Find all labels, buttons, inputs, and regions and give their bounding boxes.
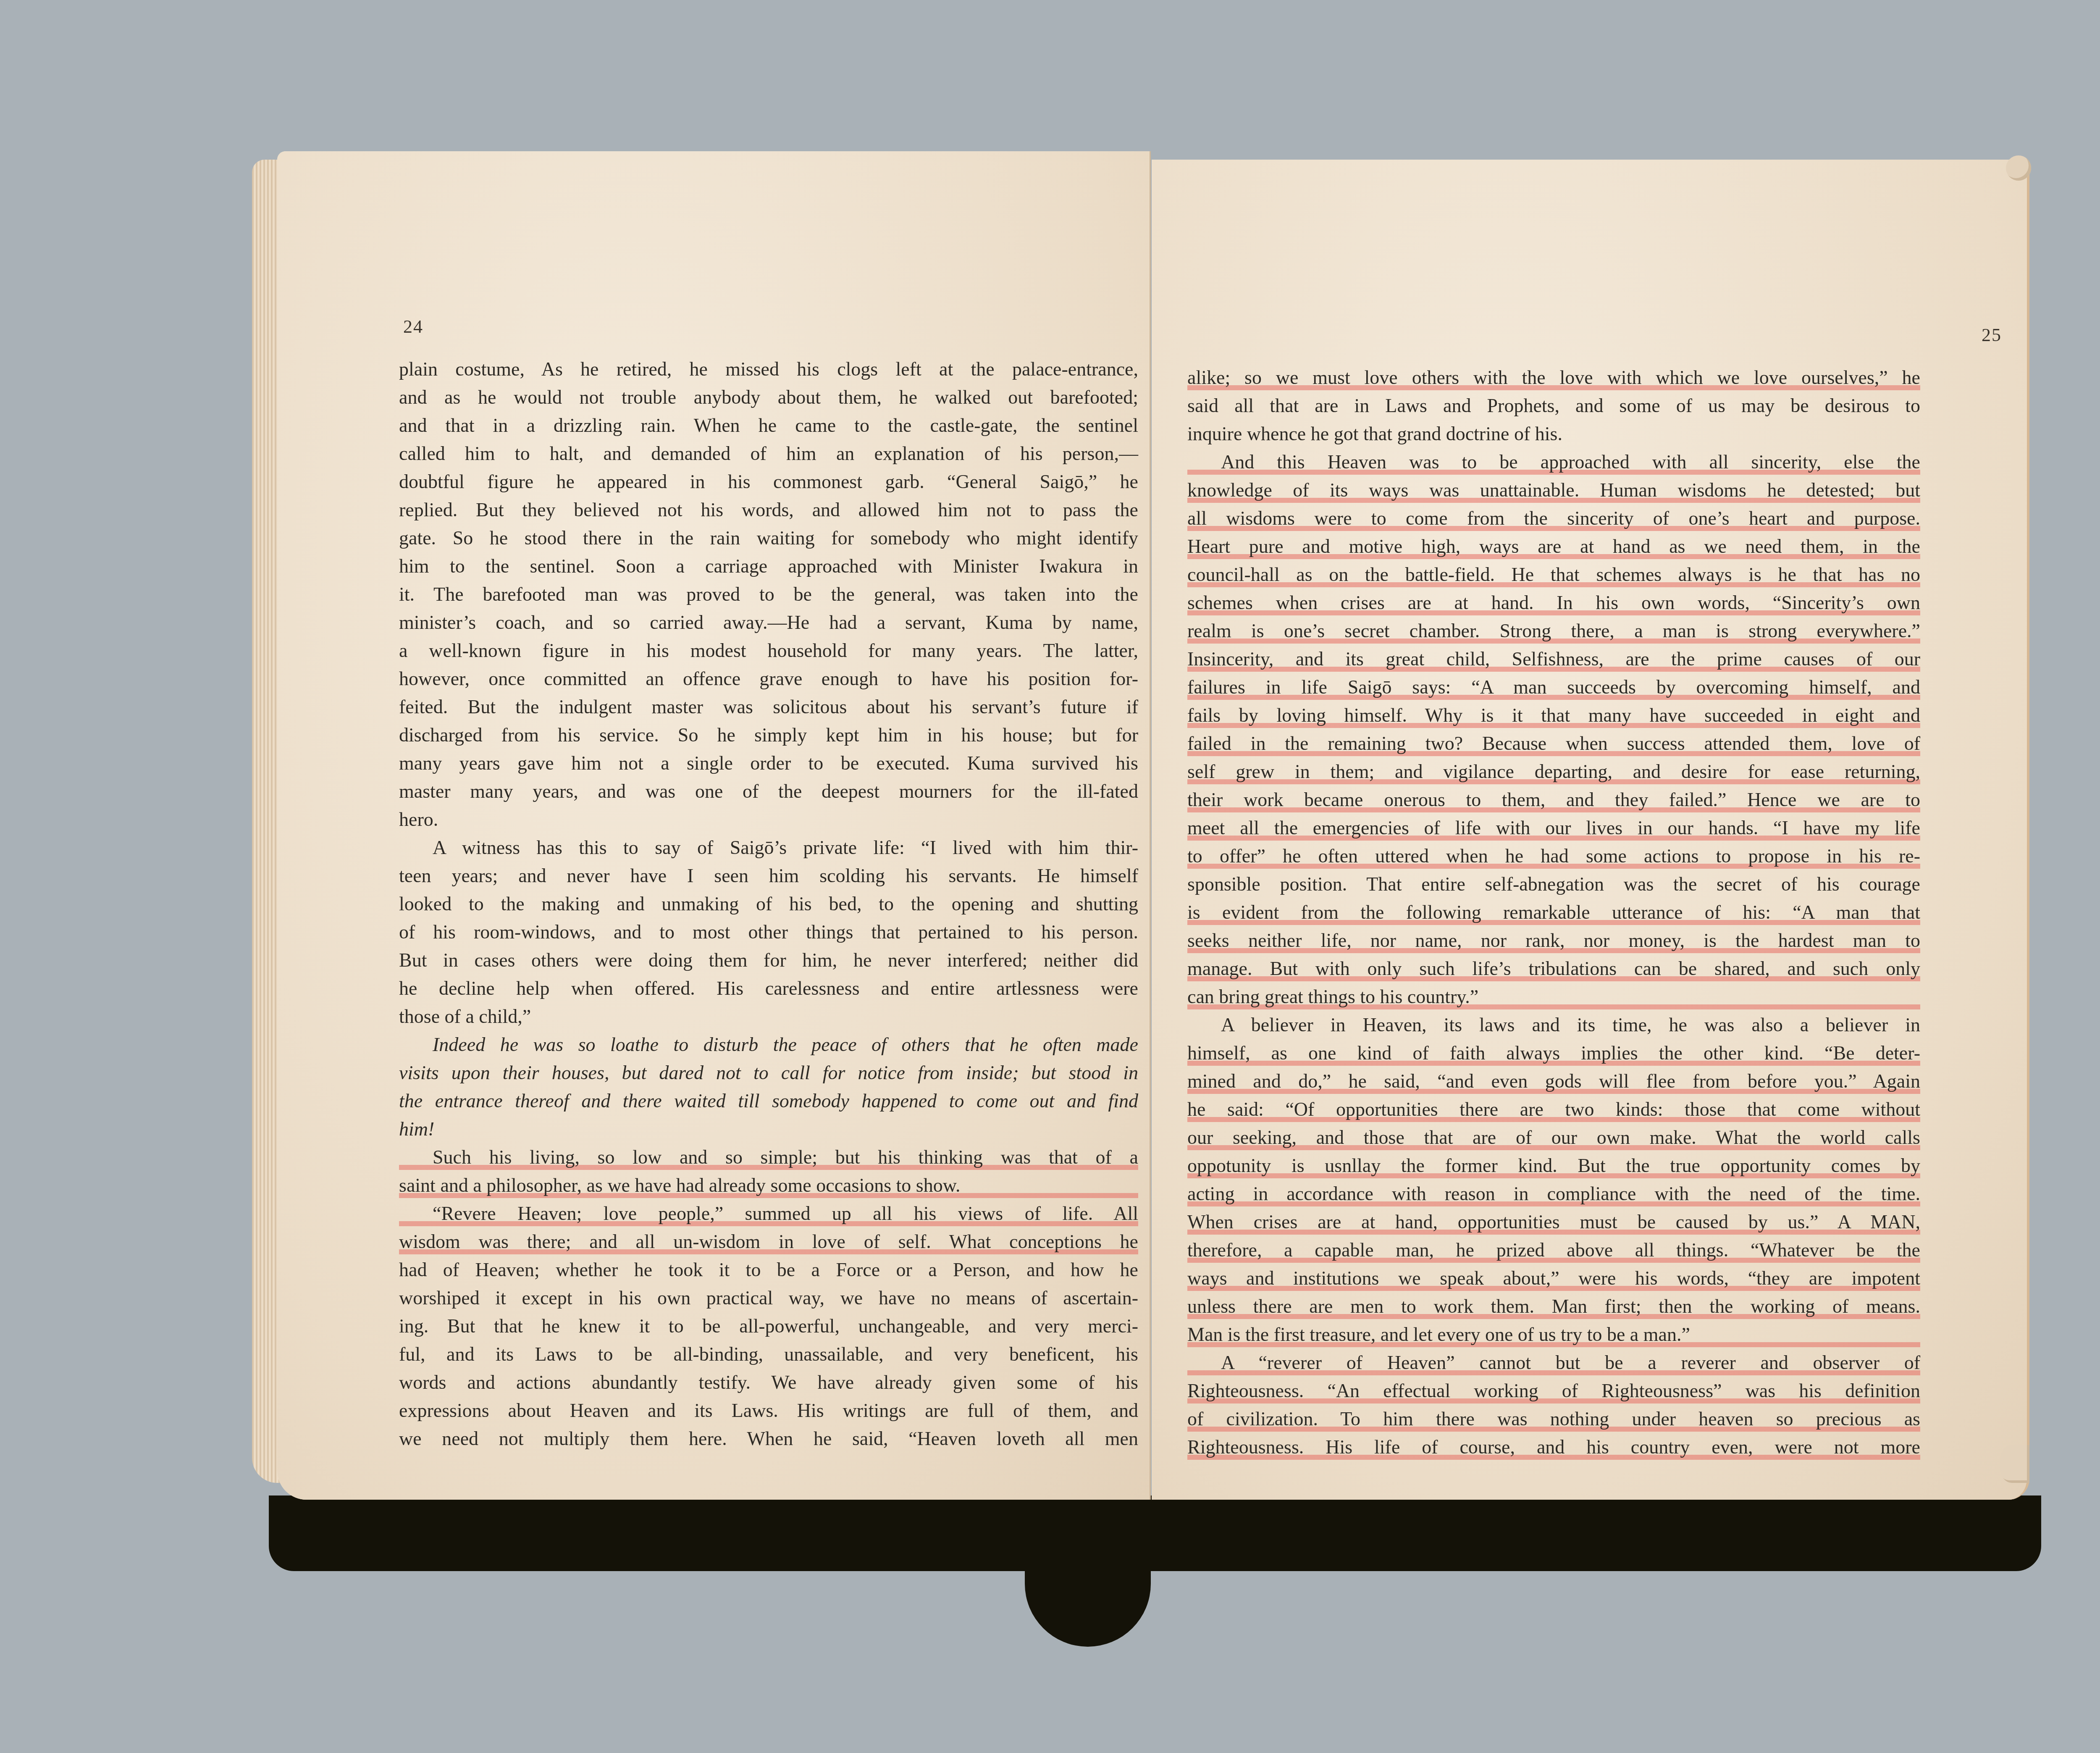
underlined-paragraph-start: A “reverer of Heaven” cannot but be a re… bbox=[1187, 1348, 1920, 1377]
dog-ear-top-right bbox=[2006, 155, 2031, 181]
underlined-line: Heart pure and motive high, ways are at … bbox=[1187, 532, 1920, 560]
italic-line: visits upon their houses, but dared not … bbox=[399, 1059, 1138, 1087]
underlined-line: failures in life Saigō says: “A man succ… bbox=[1187, 673, 1920, 701]
underlined-line: When crises are at hand, opportunities m… bbox=[1187, 1208, 1920, 1236]
text-line: said all that are in Laws and Prophets, … bbox=[1187, 392, 1920, 420]
underlined-line: acting in accordance with reason in comp… bbox=[1187, 1180, 1920, 1208]
text-line: him to the sentinel. Soon a carriage app… bbox=[399, 552, 1138, 580]
underlined-paragraph-start: And this Heaven was to be approached wit… bbox=[1187, 448, 1920, 476]
underlined-line: is evident from the following remarkable… bbox=[1187, 898, 1920, 926]
text-line: words and actions abundantly testify. We… bbox=[399, 1368, 1138, 1396]
italic-line: the entrance thereof and there waited ti… bbox=[399, 1087, 1138, 1115]
book-shadow bbox=[269, 1495, 2041, 1571]
underlined-line: all wisdoms were to come from the sincer… bbox=[1187, 504, 1920, 532]
text-line: it. The barefooted man was proved to be … bbox=[399, 580, 1138, 608]
text-line: teen years; and never have I seen him sc… bbox=[399, 862, 1138, 890]
underlined-line: our seeking, and those that are of our o… bbox=[1187, 1123, 1920, 1151]
right-page: 25 alike; so we must love others with th… bbox=[1152, 160, 2029, 1500]
italic-line: him! bbox=[399, 1115, 1138, 1143]
left-page-text: plain costume, As he retired, he missed … bbox=[399, 355, 1138, 1453]
underlined-line: therefore, a capable man, he prized abov… bbox=[1187, 1236, 1920, 1264]
text-line: looked to the making and unmaking of his… bbox=[399, 890, 1138, 918]
underlined-paragraph-start: Such his living, so low and so simple; b… bbox=[399, 1143, 1138, 1171]
underlined-line: Man is the first treasure, and let every… bbox=[1187, 1320, 1920, 1348]
underlined-line: knowledge of its ways was unattainable. … bbox=[1187, 476, 1920, 504]
underlined-line: seeks neither life, nor name, nor rank, … bbox=[1187, 926, 1920, 954]
underlined-line: realm is one’s secret chamber. Strong th… bbox=[1187, 617, 1920, 645]
text-line: gate. So he stood there in the rain wait… bbox=[399, 524, 1138, 552]
underlined-line: their work became onerous to them, and t… bbox=[1187, 786, 1920, 814]
underlined-line: unless there are men to work them. Man f… bbox=[1187, 1292, 1920, 1320]
underlined-line: fails by loving himself. Why is it that … bbox=[1187, 701, 1920, 729]
text-line: however, once committed an offence grave… bbox=[399, 665, 1138, 693]
page-number-right: 25 bbox=[1982, 324, 2002, 346]
text-line: replied. But they believed not his words… bbox=[399, 496, 1138, 524]
underlined-line: oppotunity is usnllay the former kind. B… bbox=[1187, 1151, 1920, 1180]
underlined-line: Insincerity, and its great child, Selfis… bbox=[1187, 645, 1920, 673]
book-shadow-bottom bbox=[1025, 1521, 1151, 1647]
underlined-line: mined and do,” he said, “and even gods w… bbox=[1187, 1067, 1920, 1095]
paragraph-start: A witness has this to say of Saigō’s pri… bbox=[399, 833, 1138, 862]
text-line: discharged from his service. So he simpl… bbox=[399, 721, 1138, 749]
text-line: worshiped it except in his own practical… bbox=[399, 1284, 1138, 1312]
text-line: inquire whence he got that grand doctrin… bbox=[1187, 420, 1920, 448]
text-line: doubtful figure he appeared in his commo… bbox=[399, 468, 1138, 496]
underlined-line: can bring great things to his country.” bbox=[1187, 983, 1920, 1011]
underlined-line: schemes when crises are at hand. In his … bbox=[1187, 589, 1920, 617]
underlined-line: ways and institutions we speak about,” w… bbox=[1187, 1264, 1920, 1292]
underlined-line: saint and a philosopher, as we have had … bbox=[399, 1171, 1138, 1199]
underlined-line: wisdom was there; and all un-wisdom in l… bbox=[399, 1227, 1138, 1256]
text-line: But in cases others were doing them for … bbox=[399, 946, 1138, 974]
text-line: those of a child,” bbox=[399, 1002, 1138, 1030]
underlined-line: of civilization. To him there was nothin… bbox=[1187, 1405, 1920, 1433]
underlined-line: self grew in them; and vigilance departi… bbox=[1187, 757, 1920, 786]
underlined-line: manage. But with only such life’s tribul… bbox=[1187, 954, 1920, 983]
underlined-line: he said: “Of opportunities there are two… bbox=[1187, 1095, 1920, 1123]
text-line: minister’s coach, and so carried away.—H… bbox=[399, 608, 1138, 636]
text-line: many years gave him not a single order t… bbox=[399, 749, 1138, 777]
text-line: a well-known figure in his modest househ… bbox=[399, 636, 1138, 665]
dog-ear-bottom-right bbox=[2000, 1445, 2029, 1483]
underlined-line: alike; so we must love others with the l… bbox=[1187, 363, 1920, 392]
underlined-line: council-hall as on the battle-field. He … bbox=[1187, 560, 1920, 589]
text-line: and as he would not trouble anybody abou… bbox=[399, 383, 1138, 411]
text-line: and that in a drizzling rain. When he ca… bbox=[399, 411, 1138, 439]
text-line: had of Heaven; whether he took it to be … bbox=[399, 1256, 1138, 1284]
page-number-left: 24 bbox=[403, 316, 423, 337]
underlined-line: meet all the emergencies of life with ou… bbox=[1187, 814, 1920, 842]
italic-paragraph-start: Indeed he was so loathe to disturb the p… bbox=[399, 1030, 1138, 1059]
text-line: expressions about Heaven and its Laws. H… bbox=[399, 1396, 1138, 1424]
text-line: ful, and its Laws to be all-binding, una… bbox=[399, 1340, 1138, 1368]
underlined-line: himself, as one kind of faith always imp… bbox=[1187, 1039, 1920, 1067]
text-line: ing. But that he knew it to be all-power… bbox=[399, 1312, 1138, 1340]
underlined-line: Righteousness. His life of course, and h… bbox=[1187, 1433, 1920, 1461]
text-line: plain costume, As he retired, he missed … bbox=[399, 355, 1138, 383]
underlined-line: Righteousness. “An effectual working of … bbox=[1187, 1377, 1920, 1405]
underlined-line: to offer” he often uttered when he had s… bbox=[1187, 842, 1920, 870]
text-line: of his room-windows, and to most other t… bbox=[399, 918, 1138, 946]
text-line: hero. bbox=[399, 805, 1138, 833]
text-line: sponsible position. That entire self-abn… bbox=[1187, 870, 1920, 898]
paragraph-start: A believer in Heaven, its laws and its t… bbox=[1187, 1011, 1920, 1039]
text-line: we need not multiply them here. When he … bbox=[399, 1424, 1138, 1453]
text-line: called him to halt, and demanded of him … bbox=[399, 439, 1138, 468]
right-page-text: alike; so we must love others with the l… bbox=[1187, 363, 1920, 1461]
text-line: he decline help when offered. His carele… bbox=[399, 974, 1138, 1002]
text-line: feited. But the indulgent master was sol… bbox=[399, 693, 1138, 721]
underlined-line: failed in the remaining two? Because whe… bbox=[1187, 729, 1920, 757]
left-page: 24 plain costume, As he retired, he miss… bbox=[277, 151, 1151, 1500]
underlined-paragraph-start: “Revere Heaven; love people,” summed up … bbox=[399, 1199, 1138, 1227]
text-line: master many years, and was one of the de… bbox=[399, 777, 1138, 805]
